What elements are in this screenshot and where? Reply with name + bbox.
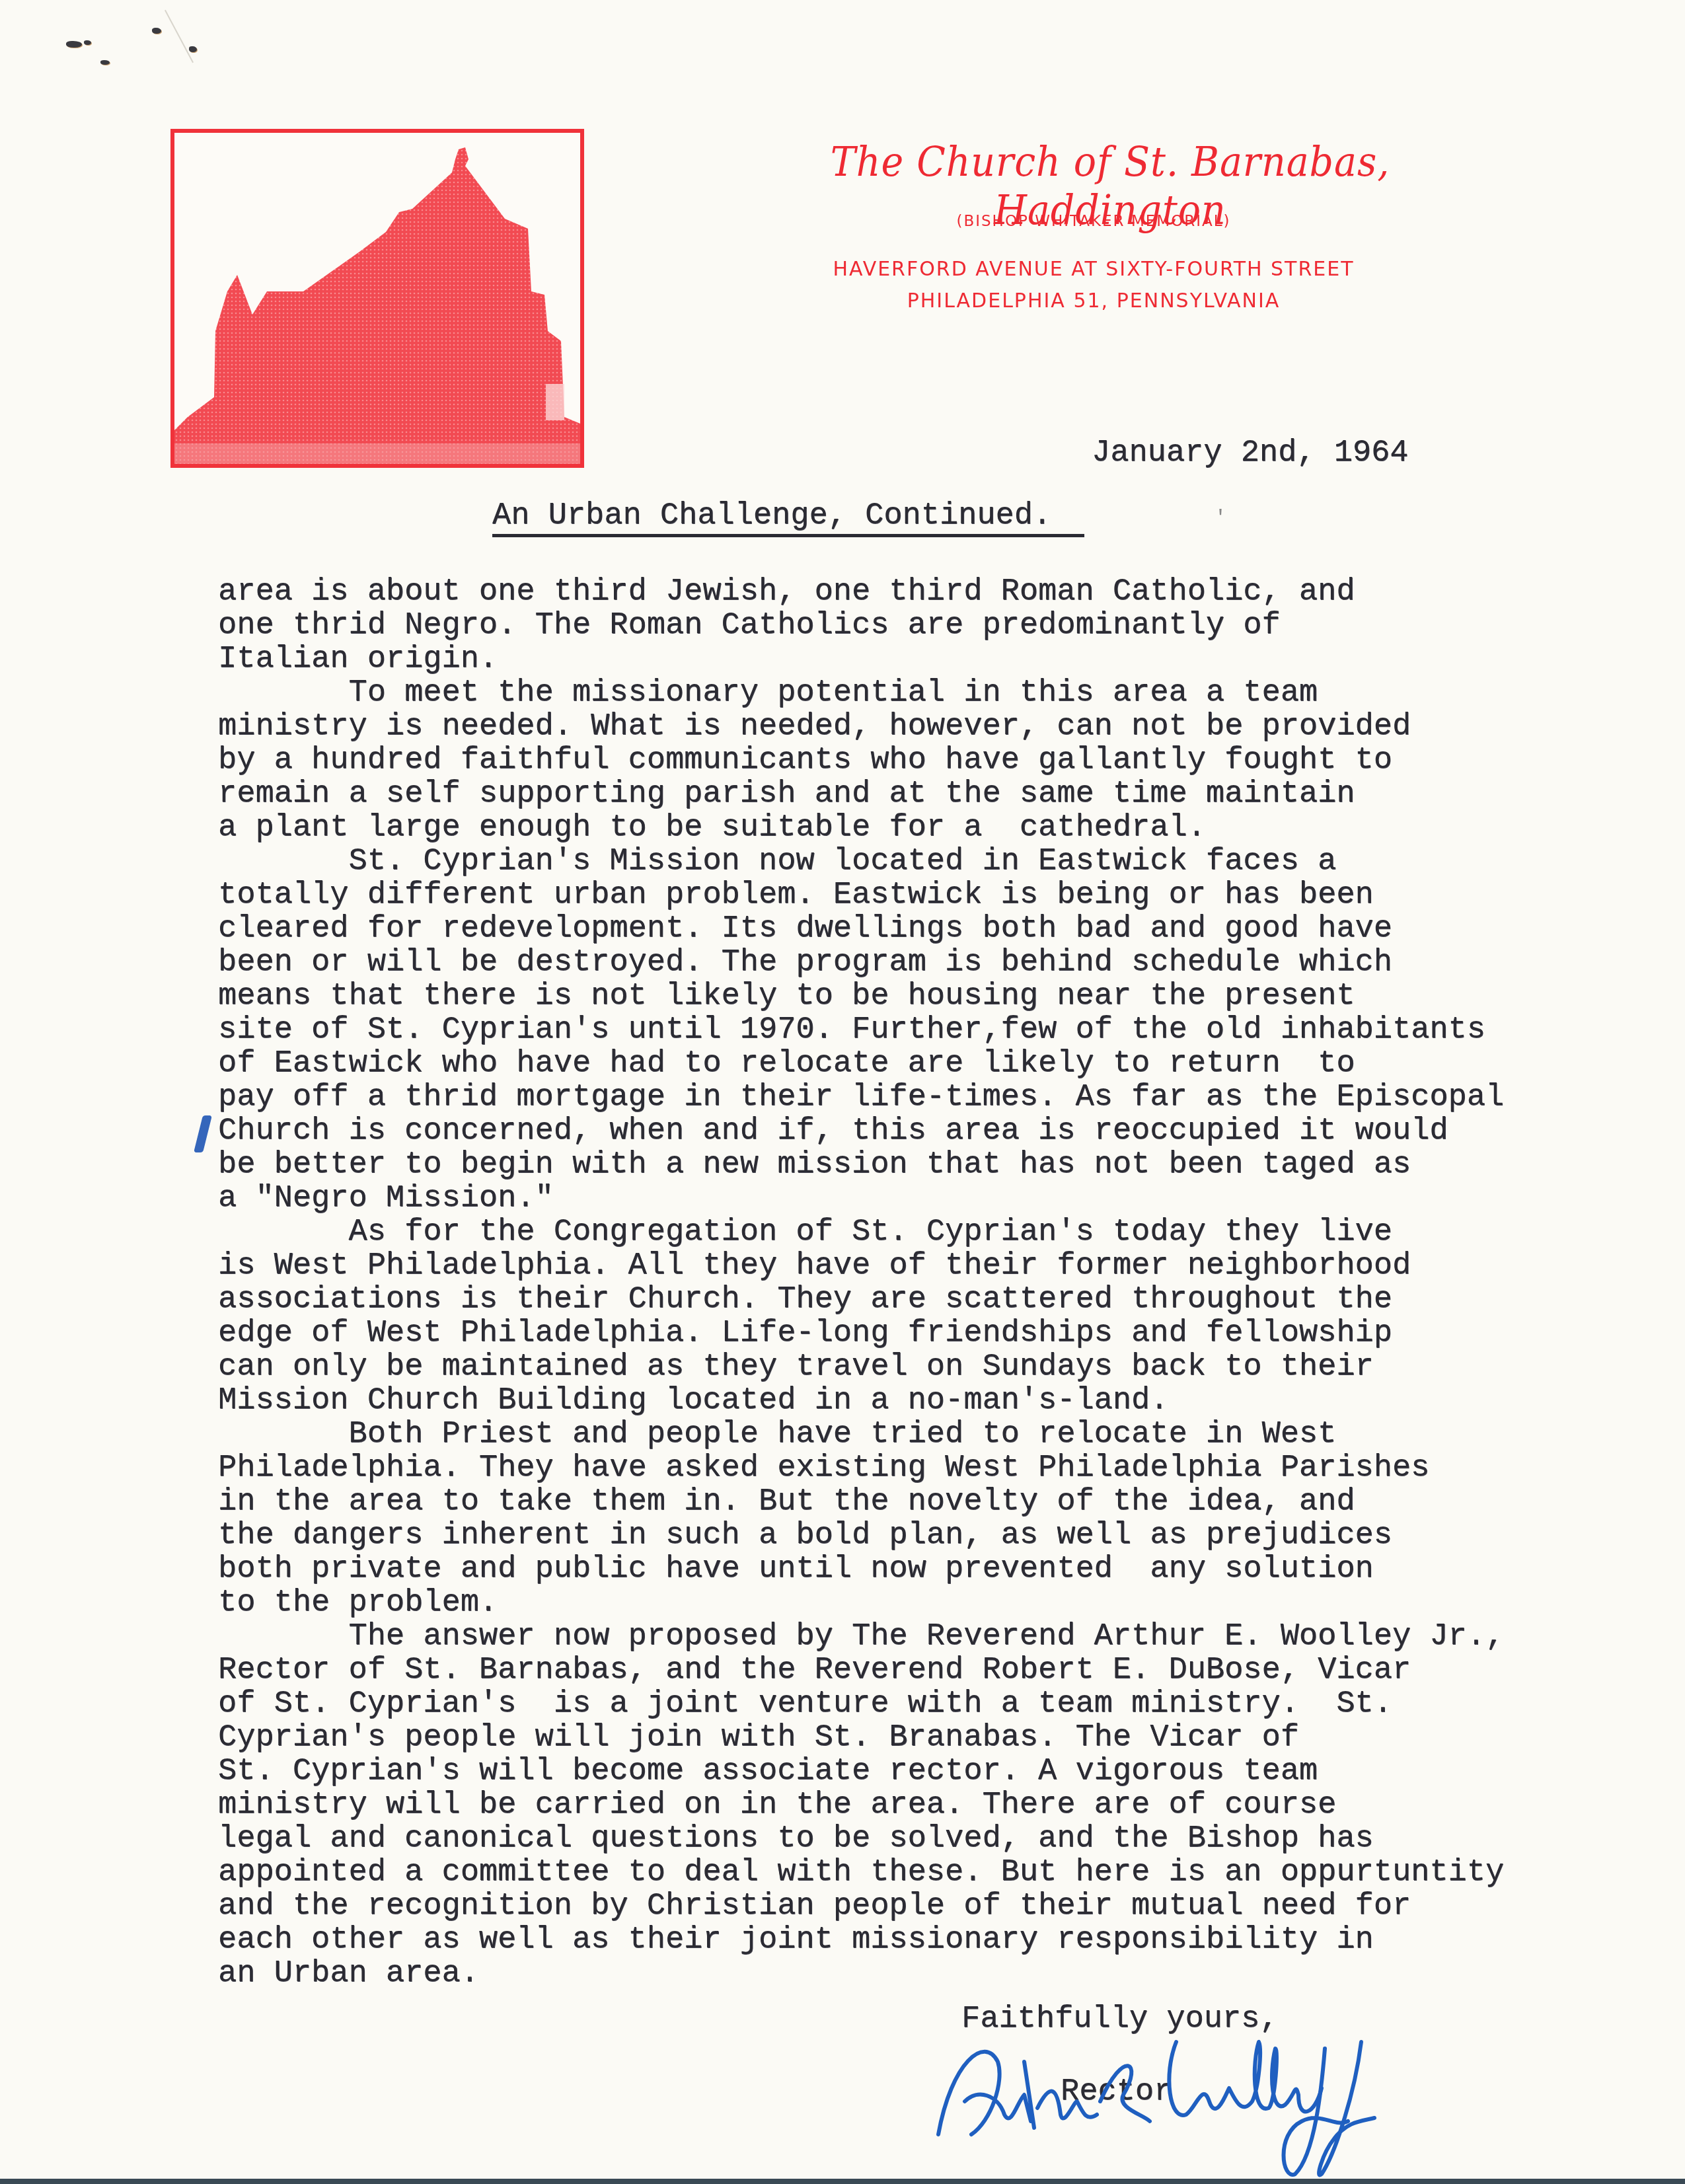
body-line: pay off a thrid mortgage in their life-t…	[218, 1080, 1504, 1114]
church-logo	[170, 129, 584, 468]
body-line: one thrid Negro. The Roman Catholics are…	[218, 609, 1504, 642]
letter-body: area is about one third Jewish, one thir…	[218, 575, 1504, 1990]
handwritten-margin-mark	[194, 1115, 212, 1152]
body-line: As for the Congregation of St. Cyprian's…	[218, 1215, 1504, 1249]
body-line: to the problem.	[218, 1586, 1504, 1620]
memorial-subtitle: (BISHOP WHITAKER MEMORIAL)	[681, 213, 1507, 230]
body-line: be better to begin with a new mission th…	[218, 1148, 1504, 1182]
body-line: area is about one third Jewish, one thir…	[218, 575, 1504, 609]
letter-title-text: An Urban Challenge, Continued.	[492, 499, 1084, 537]
church-building-icon	[174, 133, 580, 464]
body-line: remain a self supporting parish and at t…	[218, 777, 1504, 811]
body-line: Philadelphia. They have asked existing W…	[218, 1451, 1504, 1485]
body-line: The answer now proposed by The Reverend …	[218, 1620, 1504, 1653]
body-line: Rector of St. Barnabas, and the Reverend…	[218, 1653, 1504, 1687]
staple-hole-mark	[152, 28, 161, 34]
body-line: cleared for redevelopment. Its dwellings…	[218, 912, 1504, 946]
staple-hole-mark	[100, 60, 110, 65]
body-line: To meet the missionary potential in this…	[218, 676, 1504, 710]
body-line: site of St. Cyprian's until 1970. Furthe…	[218, 1013, 1504, 1047]
body-line: of St. Cyprian's is a joint venture with…	[218, 1687, 1504, 1721]
body-line: appointed a committee to deal with these…	[218, 1856, 1504, 1889]
body-line: a plant large enough to be suitable for …	[218, 811, 1504, 845]
body-line: of Eastwick who have had to relocate are…	[218, 1047, 1504, 1080]
body-line: ministry will be carried on in the area.…	[218, 1788, 1504, 1822]
letter-title: An Urban Challenge, Continued.	[492, 499, 1084, 537]
body-line: Cyprian's people will join with St. Bran…	[218, 1721, 1504, 1754]
body-line: means that there is not likely to be hou…	[218, 979, 1504, 1013]
city-state: PHILADELPHIA 51, PENNSYLVANIA	[681, 289, 1507, 313]
body-line: associations is their Church. They are s…	[218, 1283, 1504, 1316]
body-line: an Urban area.	[218, 1957, 1504, 1990]
body-line: each other as well as their joint missio…	[218, 1923, 1504, 1957]
body-line: totally different urban problem. Eastwic…	[218, 878, 1504, 912]
body-line: been or will be destroyed. The program i…	[218, 946, 1504, 979]
body-line: St. Cyprian's Mission now located in Eas…	[218, 845, 1504, 878]
paper-crease	[165, 10, 194, 63]
staple-hole-mark	[84, 40, 91, 45]
body-line: both private and public have until now p…	[218, 1552, 1504, 1586]
body-line: Italian origin.	[218, 642, 1504, 676]
body-line: Church is concerned, when and if, this a…	[218, 1114, 1504, 1148]
body-line: by a hundred faithful communicants who h…	[218, 743, 1504, 777]
body-line: in the area to take them in. But the nov…	[218, 1485, 1504, 1519]
body-line: ministry is needed. What is needed, howe…	[218, 710, 1504, 743]
body-line: edge of West Philadelphia. Life-long fri…	[218, 1316, 1504, 1350]
staple-hole-mark	[66, 41, 82, 48]
body-line: Both Priest and people have tried to rel…	[218, 1417, 1504, 1451]
body-line: Mission Church Building located in a no-…	[218, 1384, 1504, 1417]
body-line: can only be maintained as they travel on…	[218, 1350, 1504, 1384]
body-line: and the recognition by Christian people …	[218, 1889, 1504, 1923]
body-line: is West Philadelphia. All they have of t…	[218, 1249, 1504, 1283]
body-line: legal and canonical questions to be solv…	[218, 1822, 1504, 1856]
scan-bottom-edge	[0, 2179, 1685, 2184]
letter-date: January 2nd, 1964	[1092, 436, 1408, 470]
staple-hole-mark	[189, 46, 197, 52]
body-line: a "Negro Mission."	[218, 1182, 1504, 1215]
body-line: St. Cyprian's will become associate rect…	[218, 1754, 1504, 1788]
street-address: HAVERFORD AVENUE AT SIXTY-FOURTH STREET	[681, 258, 1507, 281]
stray-ink-mark: '	[1215, 508, 1226, 530]
body-line: the dangers inherent in such a bold plan…	[218, 1519, 1504, 1552]
